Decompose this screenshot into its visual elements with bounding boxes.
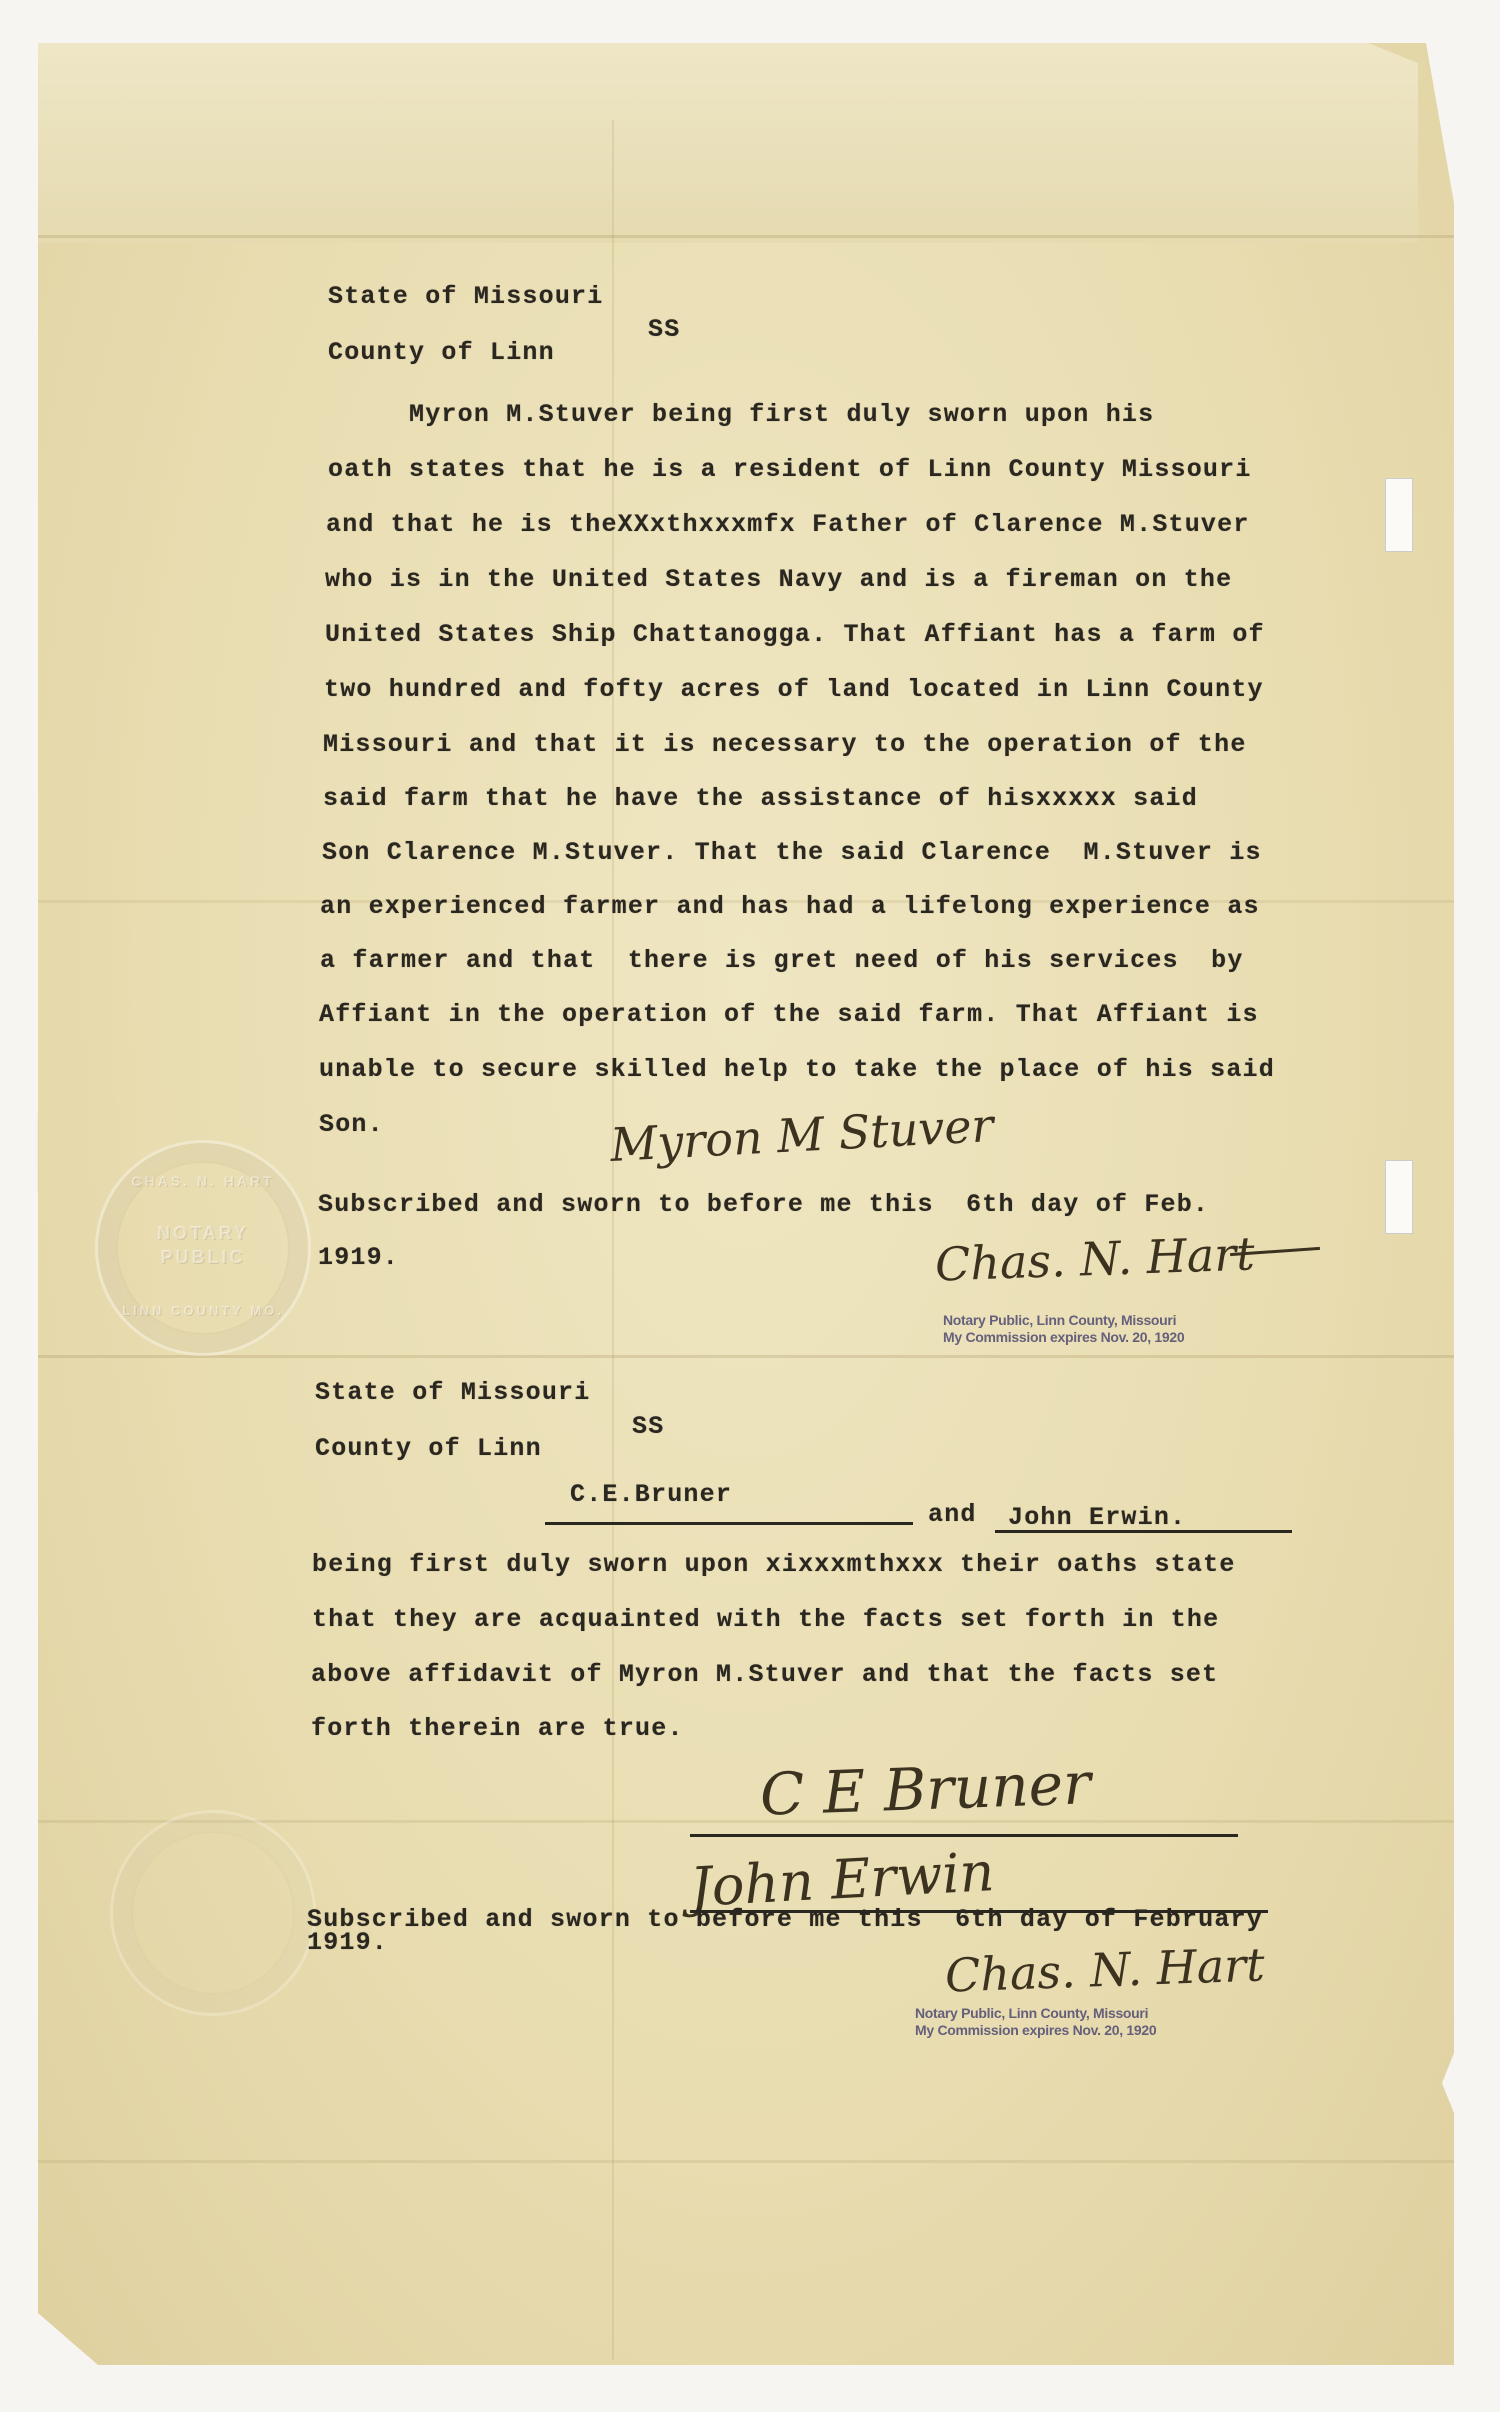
binder-tab: [1385, 1160, 1413, 1234]
embossed-notary-seal: [110, 1810, 316, 2016]
body-line: above affidavit of Myron M.Stuver and th…: [311, 1660, 1218, 1689]
witness-1-signature: C E Bruner: [759, 1749, 1092, 1829]
notary-stamp-line: Notary Public, Linn County, Missouri: [943, 1312, 1184, 1329]
body-line: forth therein are true.: [311, 1714, 684, 1743]
binder-tab: [1385, 478, 1413, 552]
body-line: Son Clarence M.Stuver. That the said Cla…: [322, 838, 1262, 867]
notary-stamp: Notary Public, Linn County, Missouri My …: [943, 1312, 1184, 1346]
fold-line: [38, 1355, 1454, 1358]
seal-center-text: PUBLIC: [98, 1247, 308, 1268]
jurat-year: 1919.: [318, 1243, 399, 1272]
body-line: being first duly sworn upon xixxxmthxxx …: [312, 1550, 1236, 1579]
and-label: and: [928, 1500, 977, 1529]
notary-stamp-line: My Commission expires Nov. 20, 1920: [915, 2022, 1156, 2039]
body-line: two hundred and fofty acres of land loca…: [324, 675, 1264, 704]
witness-1-underline: [545, 1522, 913, 1525]
witness-1-name: C.E.Bruner: [570, 1480, 732, 1509]
body-line: Affiant in the operation of the said far…: [319, 1000, 1259, 1029]
notary-signature: Chas. N. Hart: [934, 1226, 1255, 1291]
venue-state: State of Missouri: [328, 282, 603, 311]
body-line: Missouri and that it is necessary to the…: [323, 730, 1247, 759]
notary-stamp-line: Notary Public, Linn County, Missouri: [915, 2005, 1156, 2022]
body-line: oath states that he is a resident of Lin…: [328, 455, 1252, 484]
venue-ss: SS: [648, 315, 680, 344]
body-line: a farmer and that there is gret need of …: [320, 946, 1244, 975]
witness-2-underline: [995, 1530, 1292, 1533]
body-line: United States Ship Chattanogga. That Aff…: [325, 620, 1265, 649]
folded-top-strip: [38, 43, 1418, 243]
seal-center-text: NOTARY: [98, 1223, 308, 1244]
seal-top-text: CHAS. N. HART: [98, 1173, 308, 1189]
fold-line: [38, 2160, 1454, 2163]
jurat-line: Subscribed and sworn to before me this 6…: [318, 1190, 1209, 1219]
jurat-line: Subscribed and sworn to before me this 6…: [307, 1905, 1263, 1934]
witness-1-signature-line: [690, 1834, 1238, 1837]
venue-county: County of Linn: [328, 338, 555, 367]
body-line: an experienced farmer and has had a life…: [320, 892, 1260, 921]
notary-stamp-line: My Commission expires Nov. 20, 1920: [943, 1329, 1184, 1346]
embossed-notary-seal: CHAS. N. HART NOTARY PUBLIC LINN COUNTY …: [95, 1140, 311, 1356]
body-line: said farm that he have the assistance of…: [323, 784, 1198, 813]
jurat-year: 1919.: [307, 1928, 388, 1957]
notary-stamp: Notary Public, Linn County, Missouri My …: [915, 2005, 1156, 2039]
fold-line: [38, 235, 1454, 238]
venue-state: State of Missouri: [315, 1378, 590, 1407]
body-line: that they are acquainted with the facts …: [312, 1605, 1219, 1634]
body-line: unable to secure skilled help to take th…: [319, 1055, 1275, 1084]
body-line: Son.: [319, 1110, 384, 1139]
venue-county: County of Linn: [315, 1434, 542, 1463]
venue-ss: SS: [632, 1412, 664, 1441]
body-line: who is in the United States Navy and is …: [325, 565, 1232, 594]
notary-signature: Chas. N. Hart: [944, 1937, 1265, 2002]
seal-bottom-text: LINN COUNTY MO.: [98, 1303, 308, 1318]
witness-2-name: John Erwin.: [1008, 1503, 1186, 1532]
body-line: and that he is theXXxthxxxmfx Father of …: [326, 510, 1250, 539]
body-line: Myron M.Stuver being first duly sworn up…: [328, 400, 1154, 429]
